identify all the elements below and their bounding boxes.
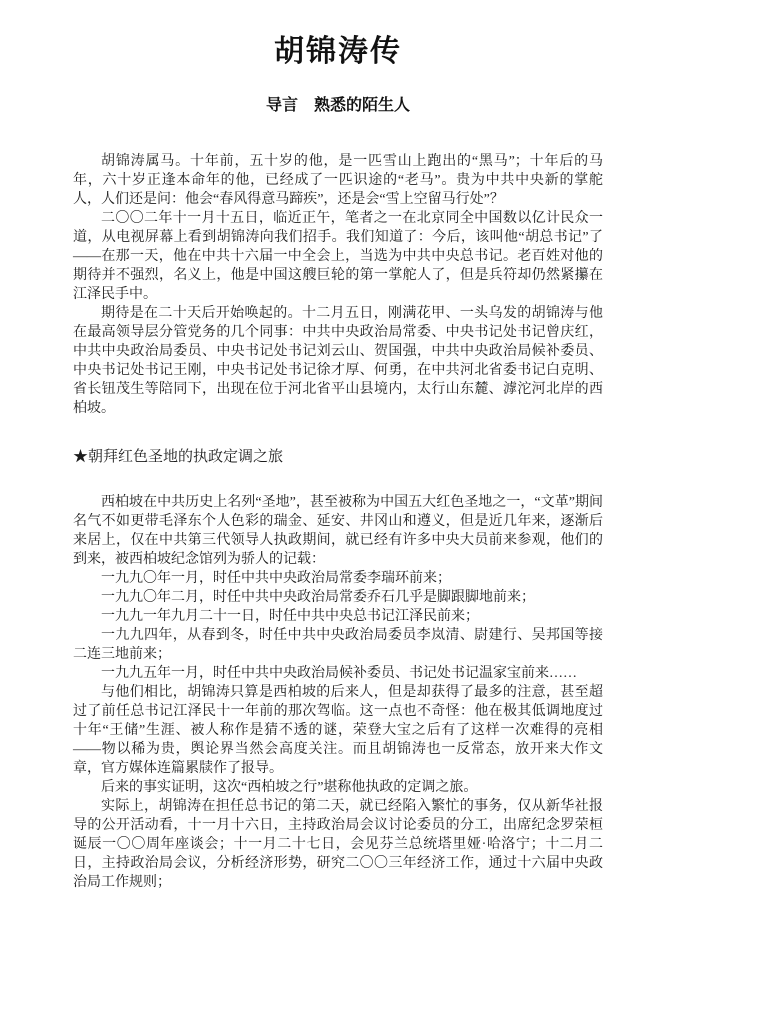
body-paragraph: 一九九一年九月二十一日，时任中共中央总书记江泽民前来； [73,607,603,626]
book-page: 胡锦涛传 导言 熟悉的陌生人 胡锦涛属马。十年前，五十岁的他，是一匹雪山上跑出的… [0,0,768,1024]
body-paragraph: 一九九四年，从春到冬，时任中共中央政治局委员李岚清、尉建行、吴邦国等接二连三地前… [73,626,603,664]
body-paragraph: 期待是在二十天后开始唤起的。十二月五日，刚满花甲、一头乌发的胡锦涛与他在最高领导… [73,304,603,418]
body-paragraph: 一九九五年一月，时任中共中央政治局候补委员、书记处书记温家宝前来…… [73,664,603,683]
body-paragraph: 后来的事实证明，这次“西柏坡之行”堪称他执政的定调之旅。 [73,778,603,797]
body-paragraph: 一九九〇年二月，时任中共中央政治局常委乔石几乎是脚跟脚地前来； [73,588,603,607]
body-paragraph: 一九九〇年一月，时任中共中央政治局常委李瑞环前来； [73,569,603,588]
book-title: 胡锦涛传 [73,0,603,70]
body-paragraph: 与他们相比，胡锦涛只算是西柏坡的后来人，但是却获得了最多的注意，甚至超过了前任总… [73,683,603,778]
body-paragraph: 胡锦涛属马。十年前，五十岁的他，是一匹雪山上跑出的“黑马”；十年后的马年，六十岁… [73,152,603,209]
body-paragraph: 实际上，胡锦涛在担任总书记的第二天，就已经陷入繁忙的事务，仅从新华社报导的公开活… [73,797,603,892]
section-heading: ★朝拜红色圣地的执政定调之旅 [73,448,603,467]
chapter-subtitle: 导言 熟悉的陌生人 [73,96,603,116]
page-content: 胡锦涛传 导言 熟悉的陌生人 胡锦涛属马。十年前，五十岁的他，是一匹雪山上跑出的… [73,0,603,892]
body-paragraph: 西柏坡在中共历史上名列“圣地”，甚至被称为中国五大红色圣地之一，“文革”期间名气… [73,493,603,569]
body-paragraph: 二〇〇二年十一月十五日，临近正午，笔者之一在北京同全中国数以亿计民众一道，从电视… [73,209,603,304]
